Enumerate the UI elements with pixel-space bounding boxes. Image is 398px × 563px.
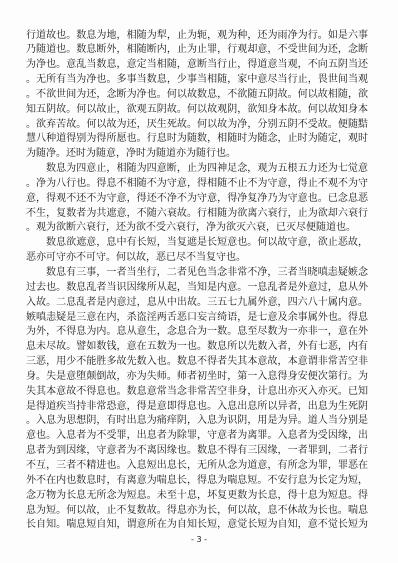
text-line: 失其本意故不得息也。数息意常当念非常苦空非身，计息出亦灭入亦灭。已知: [26, 385, 368, 400]
text-line: 为外，不得息为内。息从意生，念息合为一数。息至尽数为一亦非一，意在外: [26, 325, 368, 340]
text-line: 念万物为长息无所念为短息。未至十息，坏复更数为长息，得十息为短息。得: [26, 489, 368, 504]
text-line: 息者为到因缘，守意者为不离因缘也。数息不得有三因缘，一者罪到，二者行: [26, 444, 368, 459]
paragraph-start-line: 数息有三事，一者当坐行，二者见色当念非常不净，三者当晓嗔恚疑嫉念: [26, 266, 368, 281]
text-line: 慧八种道得别为得所愿也。行息时为随数，相随时为随念，止时为随定，观时: [26, 132, 368, 147]
paragraph-end-line: 为随净。还时为随意，净时为随道亦为随行也。: [26, 147, 368, 162]
text-line: 是得道疾当持非常恐意，得是意即得息也。入息出息所以异者，出息为生死阴: [26, 400, 368, 415]
text-line: 。不欲世间为还，念断为净也。何以故数息，不欲随五阴故。何以故相随，欲: [26, 88, 368, 103]
text-line: 过去也。数息乱者当识因缘所从起，当知是内意。一息乱者是外意过，息从外: [26, 281, 368, 296]
page-body-text: 行道故也。数息为地，相随为犁，止为轭，观为种，还为雨净为行。如是六事 乃随道也。…: [26, 29, 368, 534]
text-line: 行道故也。数息为地，相随为犁，止为轭，观为种，还为雨净为行。如是六事: [26, 29, 368, 44]
document-page: 行道故也。数息为地，相随为犁，止为轭，观为种，还为雨净为行。如是六事 乃随道也。…: [0, 0, 398, 563]
paragraph-end-line: 恶亦可守亦不可守。何以故，恶已尽不当复守也。: [26, 251, 368, 266]
text-line: 意也。入息者为不受罪，出息者为除罪，守意者为离罪。入息者为受因缘，出: [26, 429, 368, 444]
text-line: 不生，复数者为共遮意，不随六衰故。行相随为欲离六衰行，止为欲却六衰行: [26, 207, 368, 222]
paragraph-start-line: 数息欲遮意，息中有长短，当复遮是长短意也。何以故守意，欲止恶故，: [26, 236, 368, 251]
text-line: 乃随道也。数息断外，相随断内，止为止罪，行观却意，不受世间为还，念断: [26, 43, 368, 58]
text-line: 不互，三者不精进也。入息短出息长，无所从念为道意，有所念为罪，罪恶在: [26, 459, 368, 474]
text-line: 三恶，用少不能胜多故先数入也。数息不得者失其本意故，本意谓非常苦空非: [26, 355, 368, 370]
text-line: 长自知。喘息短自知，谓意所在为自知长短，意觉长短为自知，意不觉长短为: [26, 518, 368, 533]
text-line: 。无所有当为净也。多事当数息，少事当相随，家中意尽当行止，畏世间当观: [26, 73, 368, 88]
text-line: 意，得观不还不为守意，得还不净不为守意，得净复净乃为守意也。已念息恶: [26, 192, 368, 207]
page-number: - 3 -: [0, 535, 398, 545]
text-line: 入故。二息乱者是内意过，息从中出故。三五七九属外意，四六八十属内意。: [26, 296, 368, 311]
text-line: 。欲弃苦故。何以故为还，厌生死故。何以故为净，分别五阴不受故。便随黠: [26, 118, 368, 133]
text-line: 息未尽故。譬如数钱，意在五数为一也。数息所以先数入者，外有七恶，内有: [26, 340, 368, 355]
paragraph-start-line: 数息为四意止，相随为四意断，止为四神足念，观为五根五力还为七觉意: [26, 162, 368, 177]
text-line: 外不在内也数息时，有离意为喘息长，得息为喘息短。不安行息为长定为短，: [26, 474, 368, 489]
paragraph-end-line: 。观为欲断六衰行，还为欲不受六衰行，净为欲灭六衰，已灭尽便随道也。: [26, 221, 368, 236]
text-line: 为净也。意乱当数息，意定当相随，意断当行止，得道意当观，不向五阴当还: [26, 58, 368, 73]
text-line: 身。失是意堕颠倒故，亦为失师。师者初坐时，第一入息得身安便次第行。为: [26, 370, 368, 385]
text-line: 嫉嗔恚疑是三意在内，杀盗淫两舌恶口妄言绮语，是七意及余事属外也。得息: [26, 311, 368, 326]
text-line: 。净为八行也。得息不相随不为守意，得相随不止不为守意，得止不观不为守: [26, 177, 368, 192]
text-line: 。入息为思想阴，有时出息为痛痒阴，入息为识阴，用是为异。道人当分别是: [26, 414, 368, 429]
text-line: 息为短。何以故，止不复数故。得息亦为长，何以故，息不休故为长也。喘息: [26, 504, 368, 519]
text-line: 知五阴故。何以故止，欲观五阴故。何以故观阴，欲知身本故。何以故知身本: [26, 103, 368, 118]
